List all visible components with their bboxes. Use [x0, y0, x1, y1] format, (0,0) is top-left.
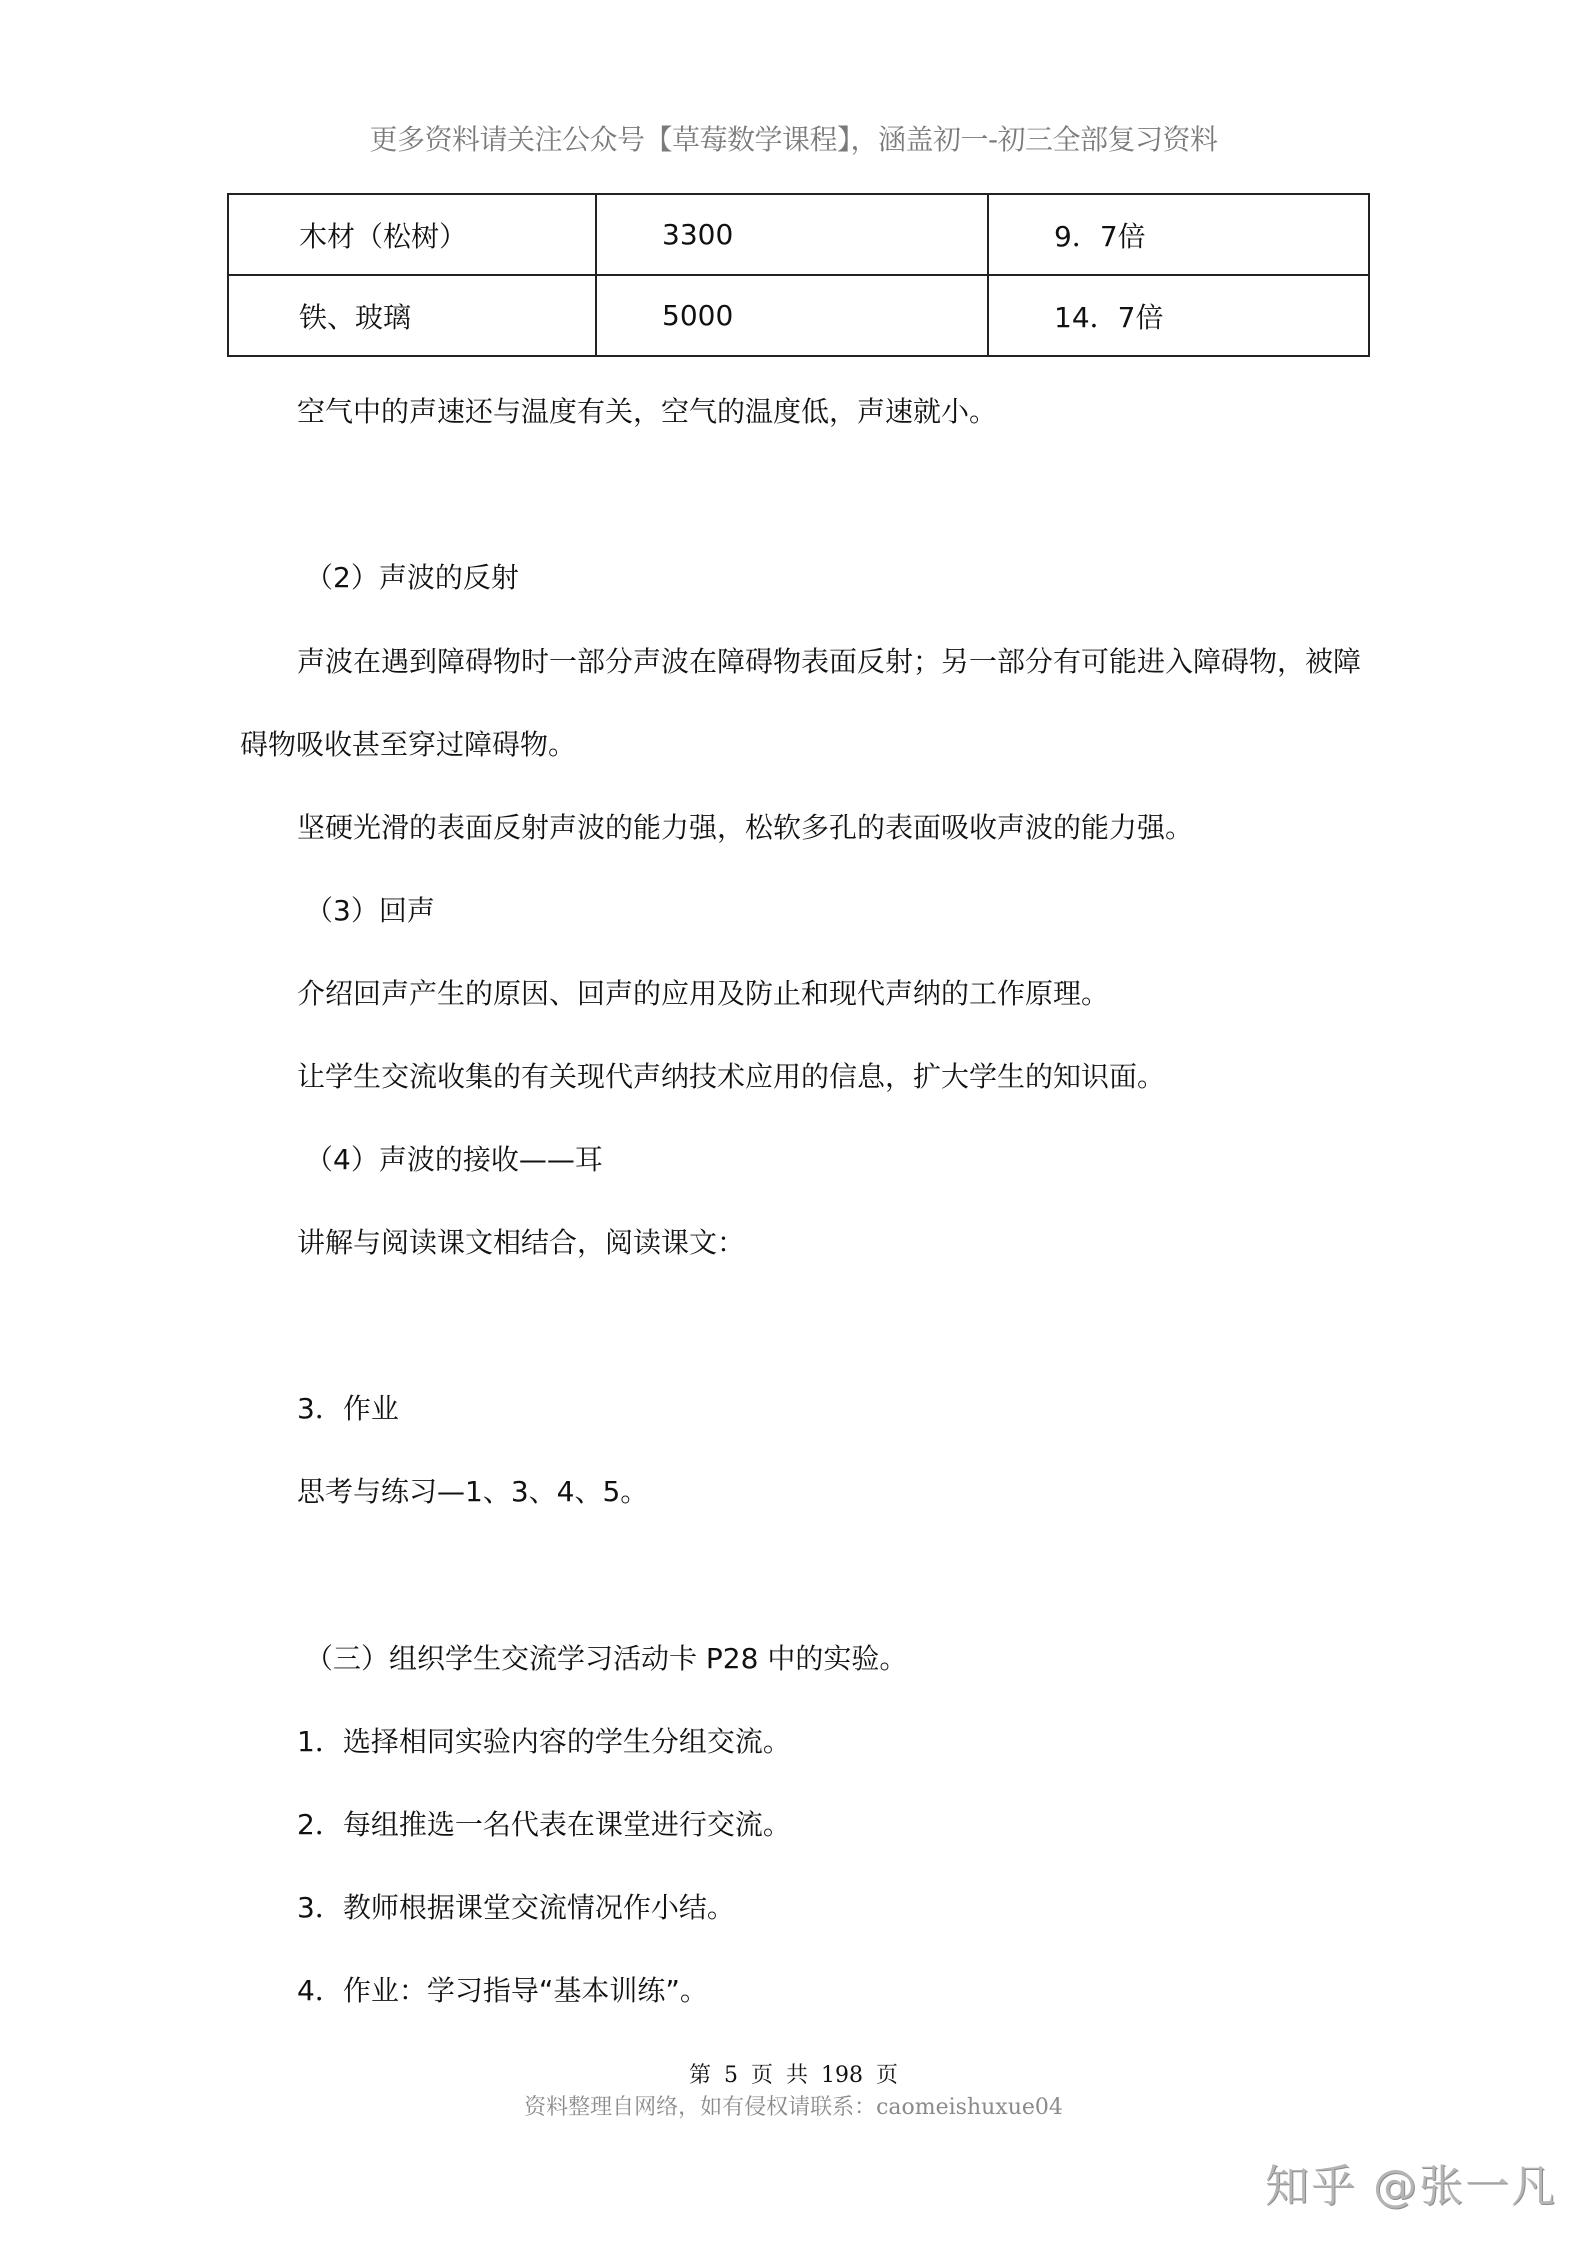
table-row: 铁、玻璃 5000 14．7倍 — [228, 275, 1369, 356]
watermark: 知乎 @张一凡 — [1265, 2150, 1557, 2214]
sound-speed-table: 木材（松树） 3300 9．7倍 铁、玻璃 5000 14．7倍 — [227, 193, 1370, 357]
section-heading-ear: （4）声波的接收——耳 — [305, 1138, 603, 1178]
section-heading-homework: 3．作业 — [297, 1387, 399, 1427]
paragraph-reflection-line2: 碍物吸收甚至穿过障碍物。 — [240, 723, 576, 763]
table-cell-speed: 5000 — [596, 275, 988, 356]
section-heading-reflection: （2）声波的反射 — [305, 556, 519, 596]
table-cell-speed: 3300 — [596, 194, 988, 275]
table-cell-ratio: 9．7倍 — [988, 194, 1369, 275]
paragraph-echo-intro: 介绍回声产生的原因、回声的应用及防止和现代声纳的工作原理。 — [297, 972, 1109, 1012]
section-heading-activity: （三）组织学生交流学习活动卡 P28 中的实验。 — [305, 1637, 907, 1677]
header-banner: 更多资料请关注公众号【草莓数学课程】，涵盖初一-初三全部复习资料 — [0, 118, 1587, 158]
list-item: 2．每组推选一名代表在课堂进行交流。 — [297, 1803, 791, 1843]
paragraph-sonar-exchange: 让学生交流收集的有关现代声纳技术应用的信息，扩大学生的知识面。 — [297, 1055, 1165, 1095]
table-cell-ratio: 14．7倍 — [988, 275, 1369, 356]
paragraph-reading: 讲解与阅读课文相结合，阅读课文： — [297, 1221, 745, 1261]
section-heading-echo: （3）回声 — [305, 889, 435, 929]
table-row: 木材（松树） 3300 9．7倍 — [228, 194, 1369, 275]
list-item: 4．作业：学习指导“基本训练”。 — [297, 1969, 708, 2009]
table-cell-material: 木材（松树） — [228, 194, 596, 275]
page-indicator: 第 5 页 共 198 页 — [0, 2058, 1587, 2089]
paragraph-surface-reflection: 坚硬光滑的表面反射声波的能力强，松软多孔的表面吸收声波的能力强。 — [297, 806, 1193, 846]
table-cell-material: 铁、玻璃 — [228, 275, 596, 356]
list-item: 3．教师根据课堂交流情况作小结。 — [297, 1886, 735, 1926]
paragraph-homework-exercises: 思考与练习—1、3、4、5。 — [297, 1470, 648, 1510]
list-item: 1．选择相同实验内容的学生分组交流。 — [297, 1720, 791, 1760]
footer-note: 资料整理自网络，如有侵权请联系：caomeishuxue04 — [0, 2090, 1587, 2121]
paragraph-reflection-line1: 声波在遇到障碍物时一部分声波在障碍物表面反射；另一部分有可能进入障碍物，被障 — [297, 640, 1361, 680]
paragraph-air-temperature: 空气中的声速还与温度有关，空气的温度低，声速就小。 — [297, 390, 997, 430]
